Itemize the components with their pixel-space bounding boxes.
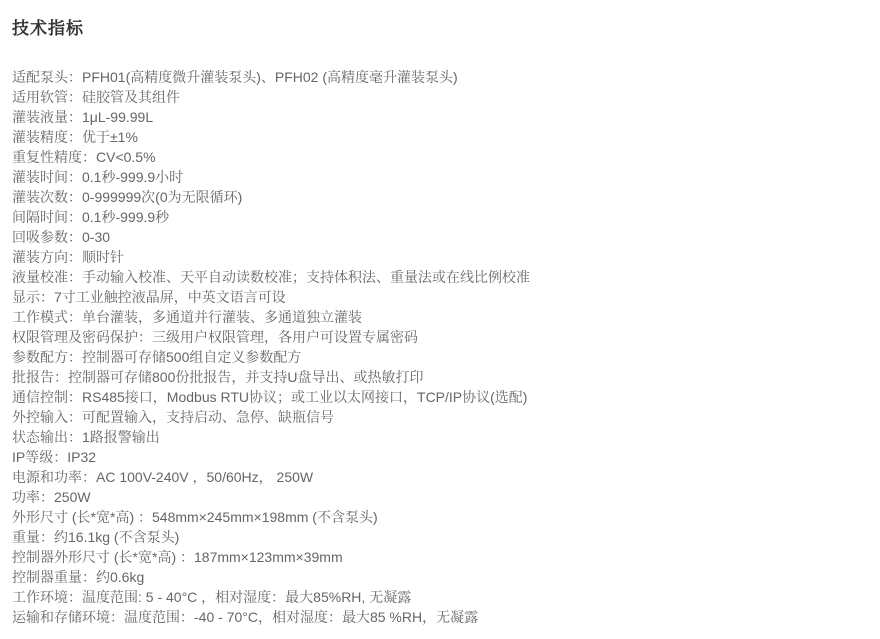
spec-line: 灌装时间：0.1秒-999.9小时 bbox=[12, 167, 868, 187]
spec-line: 状态输出：1路报警输出 bbox=[12, 427, 868, 447]
spec-line: 适配泵头：PFH01(高精度微升灌装泵头)、PFH02 (高精度毫升灌装泵头) bbox=[12, 67, 868, 87]
spec-list: 适配泵头：PFH01(高精度微升灌装泵头)、PFH02 (高精度毫升灌装泵头)适… bbox=[0, 67, 880, 627]
spec-line: 控制器外形尺寸 (长*宽*高) ：187mm×123mm×39mm bbox=[12, 547, 868, 567]
spec-line: 灌装精度：优于±1% bbox=[12, 127, 868, 147]
spec-page: 技术指标 适配泵头：PFH01(高精度微升灌装泵头)、PFH02 (高精度毫升灌… bbox=[0, 0, 880, 639]
spec-line: IP等级：IP32 bbox=[12, 447, 868, 467]
spec-line: 显示：7寸工业触控液晶屏，中英文语言可设 bbox=[12, 287, 868, 307]
spec-line: 回吸参数：0-30 bbox=[12, 227, 868, 247]
spec-line: 通信控制：RS485接口，Modbus RTU协议；或工业以太网接口，TCP/I… bbox=[12, 387, 868, 407]
spec-line: 间隔时间：0.1秒-999.9秒 bbox=[12, 207, 868, 227]
spec-line: 灌装次数：0-999999次(0为无限循环) bbox=[12, 187, 868, 207]
spec-line: 外控输入：可配置输入，支持启动、急停、缺瓶信号 bbox=[12, 407, 868, 427]
spec-line: 外形尺寸 (长*宽*高) ：548mm×245mm×198mm (不含泵头) bbox=[12, 507, 868, 527]
spec-line: 重复性精度：CV<0.5% bbox=[12, 147, 868, 167]
spec-line: 运输和存储环境：温度范围：-40 - 70°C，相对湿度：最大85 %RH，无凝… bbox=[12, 607, 868, 627]
page-title: 技术指标 bbox=[0, 0, 880, 39]
spec-line: 控制器重量：约0.6kg bbox=[12, 567, 868, 587]
spec-line: 权限管理及密码保护：三级用户权限管理，各用户可设置专属密码 bbox=[12, 327, 868, 347]
spec-line: 灌装液量：1μL-99.99L bbox=[12, 107, 868, 127]
spec-line: 工作模式：单台灌装，多通道并行灌装、多通道独立灌装 bbox=[12, 307, 868, 327]
spec-line: 电源和功率：AC 100V-240V ，50/60Hz， 250W bbox=[12, 467, 868, 487]
spec-line: 工作环境：温度范围: 5 - 40°C ，相对湿度：最大85%RH, 无凝露 bbox=[12, 587, 868, 607]
spec-line: 批报告：控制器可存储800份批报告，并支持U盘导出、或热敏打印 bbox=[12, 367, 868, 387]
spec-line: 参数配方：控制器可存储500组自定义参数配方 bbox=[12, 347, 868, 367]
spec-line: 适用软管：硅胶管及其组件 bbox=[12, 87, 868, 107]
spec-line: 重量：约16.1kg (不含泵头) bbox=[12, 527, 868, 547]
spec-line: 功率：250W bbox=[12, 487, 868, 507]
spec-line: 灌装方向：顺时针 bbox=[12, 247, 868, 267]
spec-line: 液量校准：手动输入校准、天平自动读数校准；支持体积法、重量法或在线比例校准 bbox=[12, 267, 868, 287]
